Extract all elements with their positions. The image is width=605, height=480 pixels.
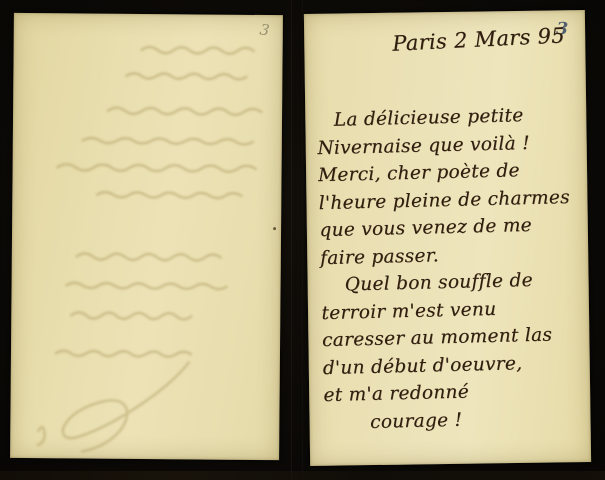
right-page: 3 Paris 2 Mars 95 La délicieuse petite N… <box>304 10 591 466</box>
letter-body: La délicieuse petite Nivernaise que voil… <box>316 101 586 437</box>
letter-scan: 3 3 Paris 2 Mars 95 La d <box>0 0 605 480</box>
scan-crease-line <box>291 0 292 480</box>
scan-crease-line <box>302 0 303 480</box>
left-page: 3 <box>10 13 283 460</box>
letter-dateline: Paris 2 Mars 95 <box>392 23 566 55</box>
ink-speck <box>273 227 276 230</box>
bleedthrough-ink <box>10 13 283 460</box>
